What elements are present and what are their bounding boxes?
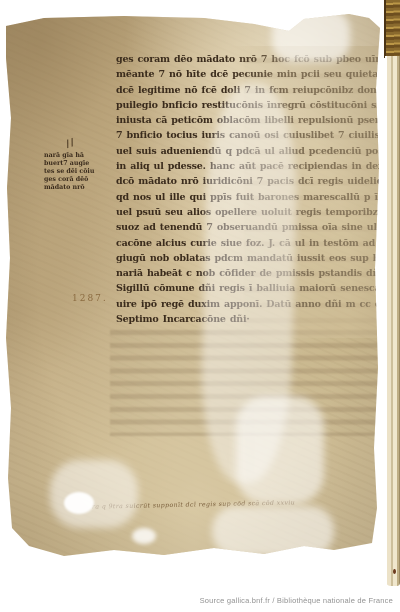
damage-patch	[150, 6, 194, 15]
manuscript-scan: ges coram dēo mādato nrō 7 hoc fcō sub p…	[0, 0, 400, 612]
page-vignette	[4, 8, 384, 558]
edge-speck	[393, 569, 396, 574]
book-pages-edge	[385, 56, 400, 586]
gilt-book-edge	[384, 0, 400, 58]
parchment-page: ges coram dēo mādato nrō 7 hoc fcō sub p…	[4, 8, 384, 558]
source-credit: Source gallica.bnf.fr / Bibliothèque nat…	[200, 596, 393, 605]
